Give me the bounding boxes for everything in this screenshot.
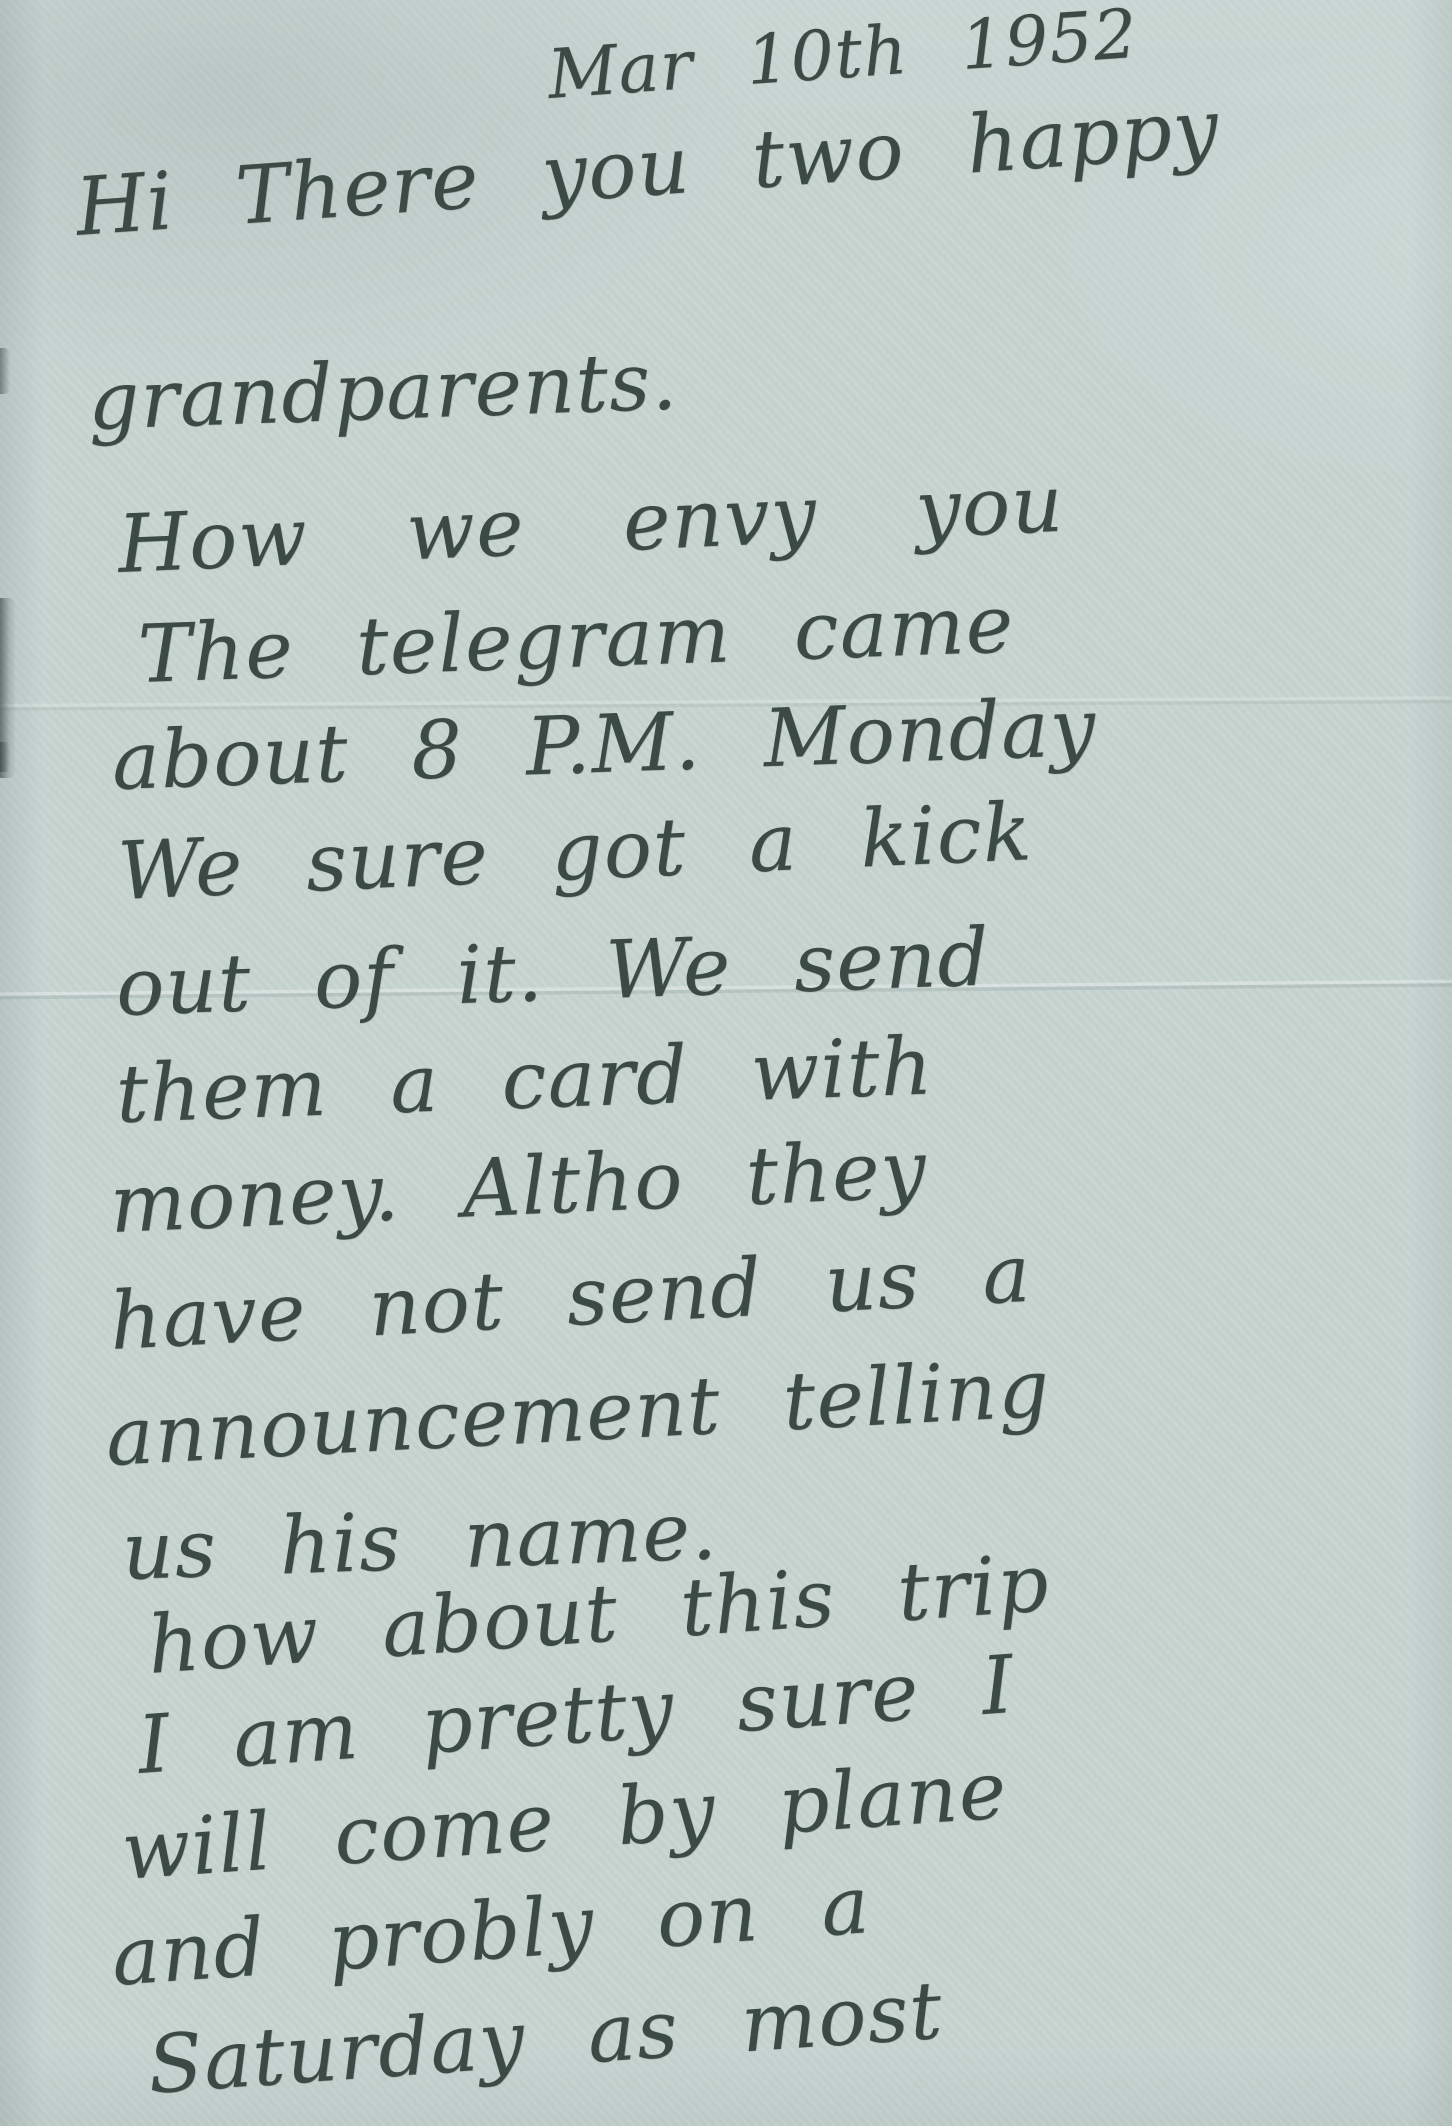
body-line: them a card with bbox=[115, 1026, 935, 1134]
body-line: money. Altho they bbox=[108, 1129, 928, 1245]
body-line: We sure got a kick bbox=[116, 792, 1034, 912]
letter-page: Mar 10th 1952 Hi There you two happy gra… bbox=[0, 0, 1452, 2126]
salutation-line: Hi There you two happy bbox=[73, 88, 1222, 248]
body-line: out of it. We send bbox=[115, 918, 992, 1028]
salutation-line: grandparents. bbox=[87, 341, 680, 442]
body-line: How we envy you bbox=[116, 464, 1065, 585]
body-line: The telegram came bbox=[137, 584, 1016, 695]
edge-smudge bbox=[0, 742, 10, 772]
body-line: have not send us a bbox=[108, 1234, 1033, 1362]
edge-smudge bbox=[0, 348, 10, 394]
body-line: announcement telling bbox=[104, 1349, 1052, 1478]
